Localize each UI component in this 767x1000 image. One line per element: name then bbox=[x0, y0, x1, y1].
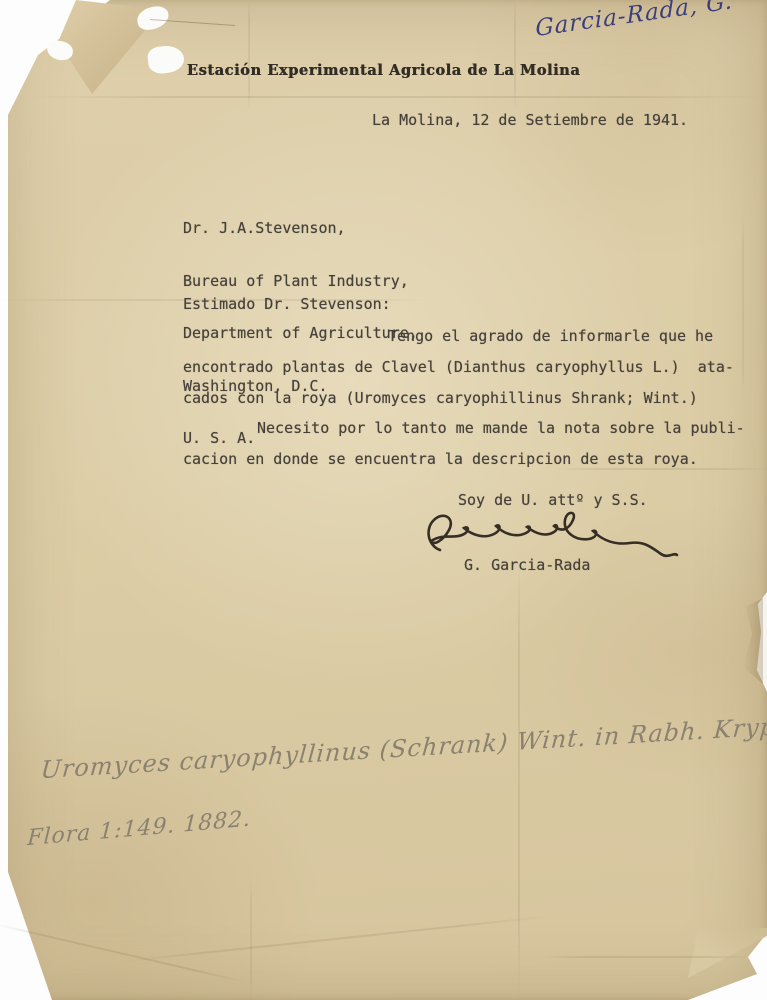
body-line: cados con la roya (Uromyces caryophillin… bbox=[183, 389, 698, 407]
body-line: encontrado plantas de Clavel (Dianthus c… bbox=[183, 358, 734, 376]
fold-crease bbox=[250, 880, 252, 1000]
body-line: Tengo el agrado de informarle que he bbox=[388, 327, 713, 345]
signature bbox=[418, 498, 680, 562]
fold-crease bbox=[248, 0, 250, 110]
letterhead: Estación Experimental Agricola de La Mol… bbox=[187, 62, 580, 79]
signer-typed-name: G. Garcia-Rada bbox=[464, 556, 590, 574]
recipient-address: Dr. J.A.Stevenson, Bureau of Plant Indus… bbox=[183, 183, 418, 482]
dateline: La Molina, 12 de Setiembre de 1941. bbox=[372, 111, 688, 129]
right-edge-tear bbox=[741, 592, 767, 692]
fold-crease bbox=[555, 468, 767, 470]
recipient-line: Dr. J.A.Stevenson, bbox=[183, 219, 418, 236]
salutation: Estimado Dr. Stevenson: bbox=[183, 295, 391, 313]
body-line: Necesito por lo tanto me mande la nota s… bbox=[257, 419, 745, 437]
fold-crease bbox=[514, 0, 516, 110]
fold-crease bbox=[742, 210, 744, 400]
body-line: cacion en donde se encuentra la descripc… bbox=[183, 450, 698, 468]
recipient-line: Bureau of Plant Industry, bbox=[183, 272, 418, 289]
fold-crease bbox=[518, 555, 520, 1000]
fold-crease bbox=[540, 956, 750, 958]
scanned-letter: Garcia-Rada, G. Estación Experimental Ag… bbox=[0, 0, 767, 1000]
fold-crease bbox=[30, 96, 767, 98]
recipient-line: Department of Agriculture, bbox=[183, 324, 418, 341]
